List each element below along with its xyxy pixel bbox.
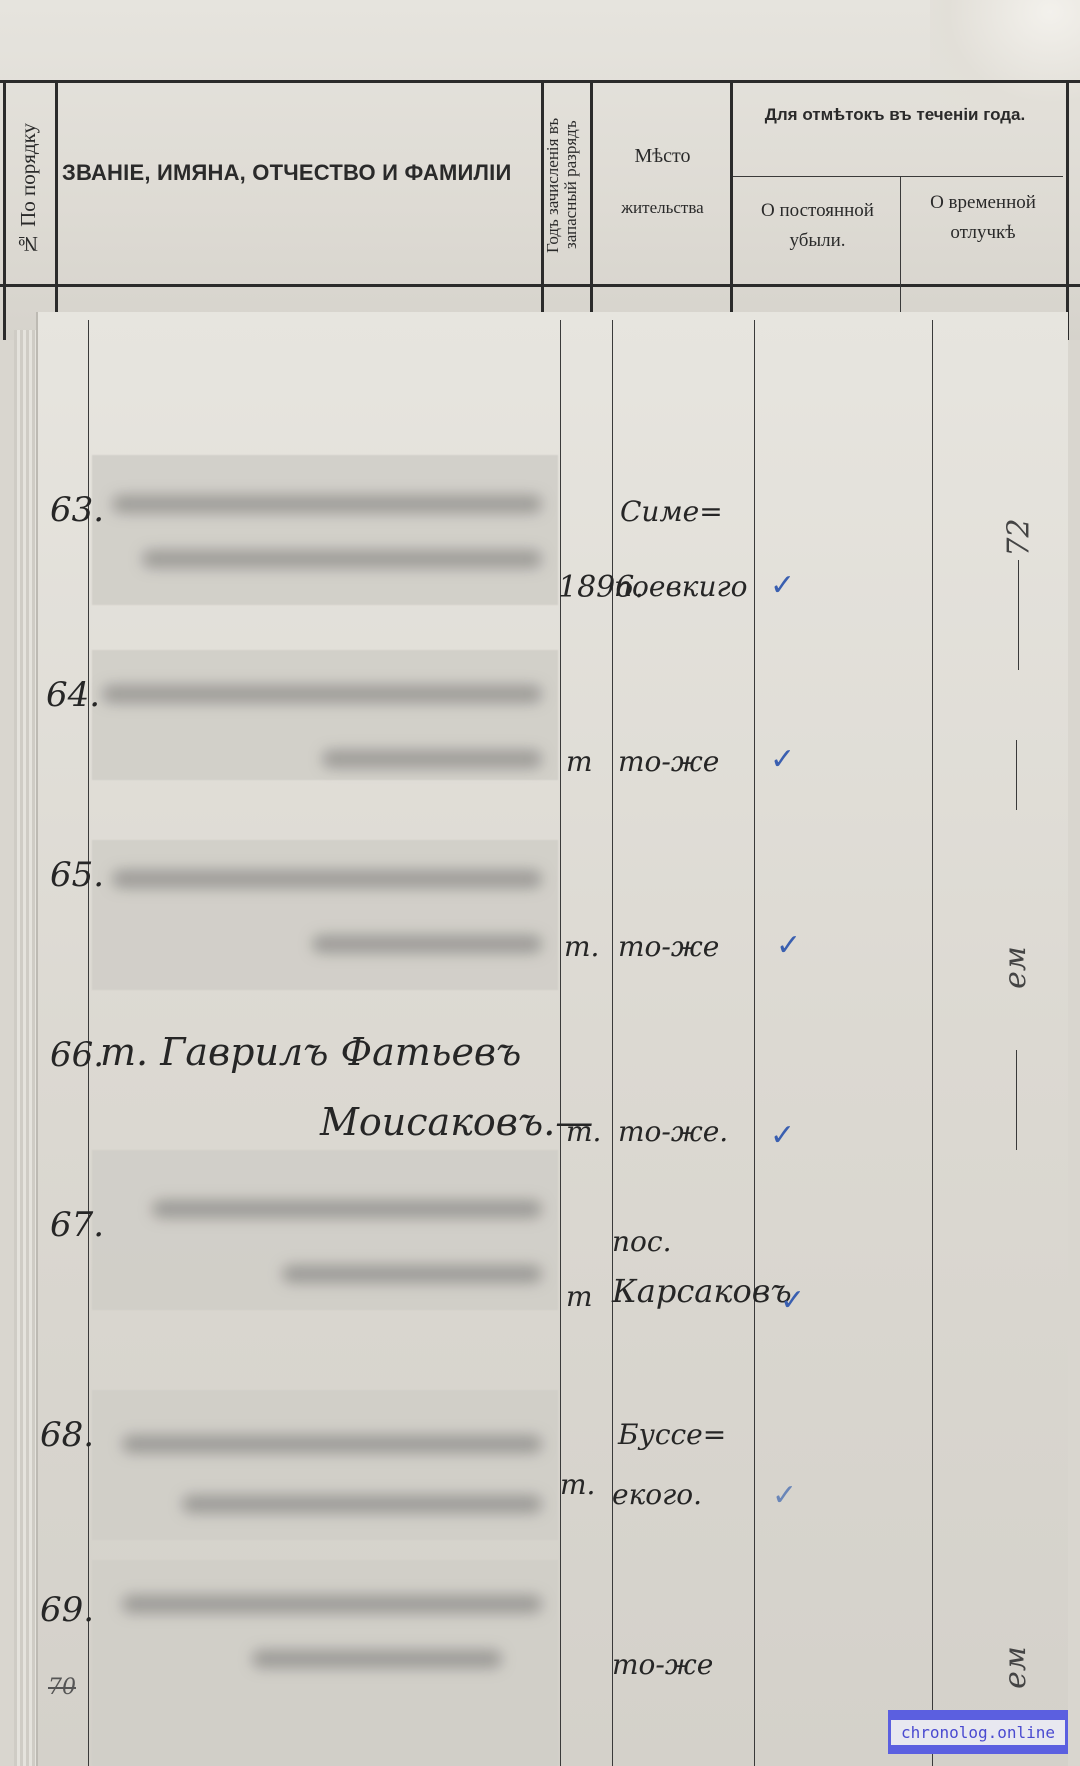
column-header-year-text: Годъ зачисленія въ запасный разрядъ: [544, 95, 588, 275]
page-rule-year: [612, 320, 613, 1766]
header-bottom-rule: [0, 284, 1080, 287]
column-header-temporary-line1: О временной: [902, 188, 1064, 218]
row-rank-67: т: [566, 1280, 593, 1313]
header-left-border: [3, 80, 6, 340]
row-number-67: 67.: [50, 1205, 104, 1245]
col-divider-year: [590, 80, 593, 340]
row-place-64: то-же: [618, 745, 719, 778]
column-header-permanent-line2: убыли.: [735, 226, 900, 256]
row-number-63: 63.: [50, 490, 104, 530]
check-mark-icon: ✓: [780, 1283, 805, 1318]
row-number-66: 66.: [50, 1035, 104, 1075]
row-rank-66: т.: [566, 1115, 601, 1148]
row-rank-68: т.: [560, 1468, 595, 1501]
header-top-rule: [0, 80, 1080, 83]
column-header-number: № По порядку: [8, 90, 48, 290]
column-header-temporary-line2: отлучкѣ: [902, 218, 1064, 248]
side-dash-3: [1016, 1050, 1017, 1150]
watermark-text: chronolog.online: [891, 1720, 1065, 1745]
page-rule-marks: [932, 320, 933, 1766]
header-right-border: [1066, 80, 1069, 340]
row-rank-65: т.: [564, 930, 599, 963]
row-place1-63: Симе=: [620, 495, 723, 528]
redacted-name-68: [92, 1390, 558, 1540]
row-rank-64: т: [566, 745, 593, 778]
check-mark-icon: ✓: [770, 742, 795, 777]
page-rule-name: [560, 320, 561, 1766]
row-number-64: 64.: [46, 675, 100, 715]
check-mark-icon: ✓: [770, 1118, 795, 1153]
row-place1-68: Буссе=: [618, 1418, 726, 1451]
page-rule-place: [754, 320, 755, 1766]
row-place2-63: поевкиго: [614, 570, 748, 603]
column-header-place-line1: Мѣсто: [600, 145, 725, 168]
column-header-permanent: О постоянной убыли.: [735, 196, 900, 256]
redacted-name-64: [92, 650, 558, 780]
row-place-66: то-же.: [618, 1115, 728, 1148]
row-number-68: 68.: [40, 1415, 94, 1455]
row-place-69: то-же: [612, 1648, 713, 1681]
column-header-place-line2: жительства: [600, 198, 725, 218]
row-place2-67: Карсаковъ: [612, 1272, 792, 1310]
watermark-badge: chronolog.online: [888, 1710, 1068, 1754]
column-header-permanent-line1: О постоянной: [735, 196, 900, 226]
redacted-name-69: [92, 1560, 558, 1766]
row-place2-68: екого.: [612, 1478, 702, 1511]
column-header-name: ЗВАНІЕ, ИМЯНА, ОТЧЕСТВО И ФАМИЛІИ: [62, 160, 542, 186]
col-divider-place: [730, 80, 733, 340]
side-dash-2: [1016, 740, 1017, 810]
column-header-marks: Для отмѣтокъ въ теченіи года.: [735, 105, 1055, 125]
page-footer-note: 70: [48, 1675, 76, 1700]
row-place-65: то-же: [618, 930, 719, 963]
redacted-name-67: [92, 1150, 558, 1310]
column-header-temporary: О временной отлучкѣ: [902, 188, 1064, 248]
marks-subrule: [733, 176, 1063, 177]
side-dash-1: [1018, 560, 1019, 670]
check-mark-icon: ✓: [776, 928, 801, 963]
stacked-page-edges: [14, 330, 36, 1766]
row-name-line1-66: т. Гаврилъ Фатьевъ: [100, 1030, 521, 1074]
row-place1-67: пос.: [612, 1225, 671, 1258]
redacted-name-65: [92, 840, 558, 990]
col-divider-number: [55, 80, 58, 340]
row-name-line2-66: Моисаковъ.—: [320, 1100, 593, 1144]
side-note-top: 72: [1002, 518, 1037, 556]
row-number-69: 69.: [40, 1590, 94, 1630]
row-number-65: 65.: [50, 855, 104, 895]
side-note-bottom: ем: [998, 1646, 1033, 1689]
check-mark-icon: ✓: [772, 1478, 797, 1513]
redacted-name-63: [92, 455, 558, 605]
paper-fold: [930, 0, 1080, 120]
column-header-number-text: № По порядку: [16, 123, 41, 256]
side-note-middle: ем: [998, 946, 1033, 989]
column-header-year: Годъ зачисленія въ запасный разрядъ: [543, 90, 589, 280]
check-mark-icon: ✓: [770, 568, 795, 603]
